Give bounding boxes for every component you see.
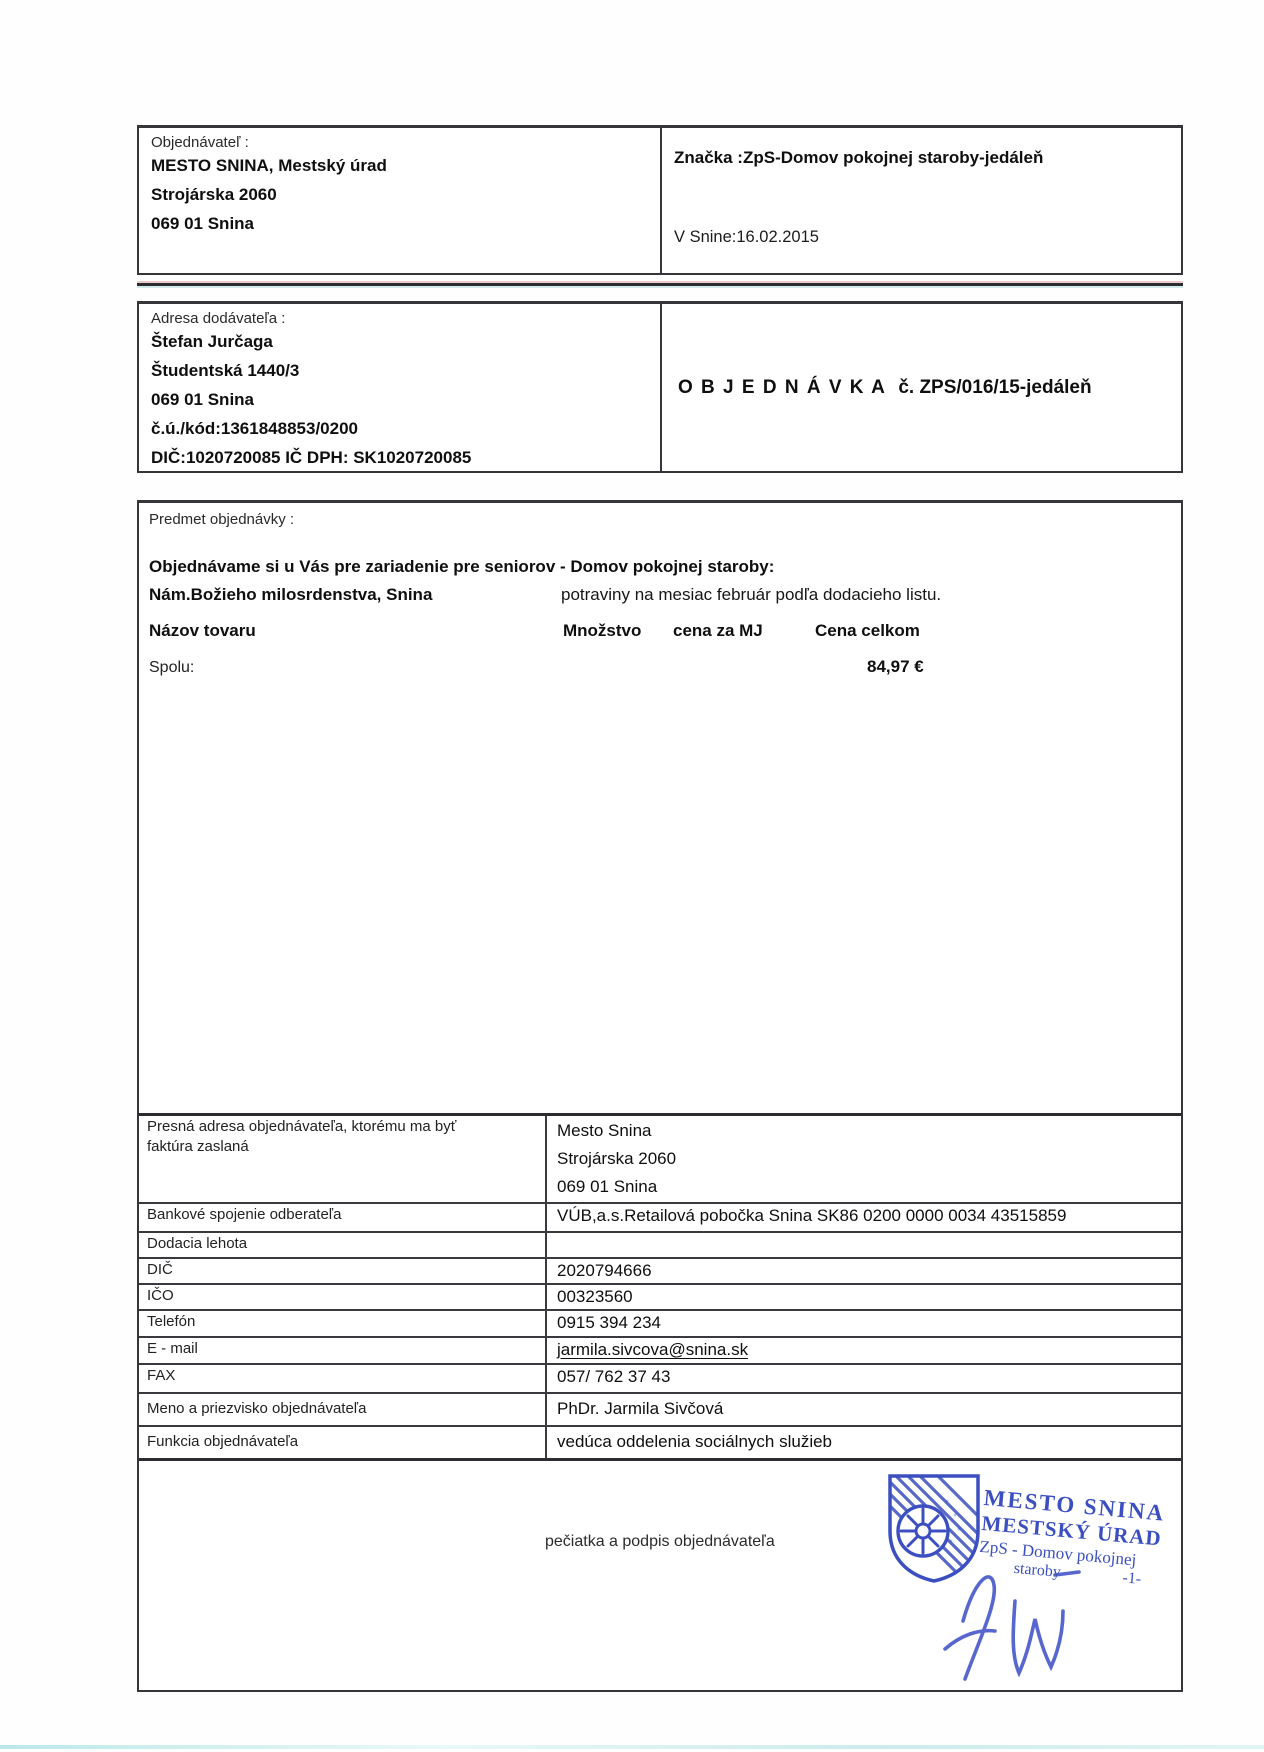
table-row: DIČ 2020794666 xyxy=(139,1259,1181,1285)
table-row: Telefón 0915 394 234 xyxy=(139,1311,1181,1338)
subject-address-row: Nám.Božieho milosrdenstva, Snina potravi… xyxy=(149,585,941,605)
reference-number: Značka :ZpS-Domov pokojnej staroby-jedál… xyxy=(674,148,1169,168)
row-value: PhDr. Jarmila Sivčová xyxy=(547,1394,1181,1425)
reference-cell: Značka :ZpS-Domov pokojnej staroby-jedál… xyxy=(662,128,1181,273)
supplier-street: Študentská 1440/3 xyxy=(151,356,648,385)
orderer-city: 069 01 Snina xyxy=(151,209,648,238)
stamp-caption: pečiatka a podpis objednávateľa xyxy=(545,1533,775,1551)
row-label: Telefón xyxy=(139,1311,547,1336)
stamp-signature-box: pečiatka a podpis objednávateľa xyxy=(137,1461,1183,1692)
row-value: 00323560 xyxy=(547,1285,1181,1309)
section-divider-rule xyxy=(137,283,1183,286)
row-value: Mesto Snina Strojárska 2060 069 01 Snina xyxy=(547,1116,1181,1202)
order-title: O B J E D N Á V K A xyxy=(678,377,886,399)
table-row: Funkcia objednávateľa vedúca oddelenia s… xyxy=(139,1427,1181,1461)
table-row: IČO 00323560 xyxy=(139,1285,1181,1311)
row-value: 057/ 762 37 43 xyxy=(547,1365,1181,1392)
column-header-unit-price: cena za MJ xyxy=(673,621,763,641)
stamp-page-marker: -1- xyxy=(1122,1569,1142,1589)
row-value: 2020794666 xyxy=(547,1259,1181,1283)
email-address: jarmila.sivcova@snina.sk xyxy=(557,1340,748,1359)
row-label: Presná adresa objednávateľa, ktorému ma … xyxy=(139,1116,547,1202)
row-value: VÚB,a.s.Retailová pobočka Snina SK86 020… xyxy=(547,1204,1181,1231)
total-label: Spolu: xyxy=(149,659,194,677)
subject-address: Nám.Božieho milosrdenstva, Snina xyxy=(149,585,561,605)
order-number: č. ZPS/016/15-jedáleň xyxy=(898,377,1091,399)
column-header-quantity: Množstvo xyxy=(563,621,641,641)
handwritten-signature xyxy=(927,1557,1097,1689)
row-label: Meno a priezvisko objednávateľa xyxy=(139,1394,547,1425)
subject-intro-line: Objednávame si u Vás pre zariadenie pre … xyxy=(149,557,774,577)
table-row: Dodacia lehota xyxy=(139,1233,1181,1259)
supplier-box: Adresa dodávateľa : Štefan Jurčaga Štude… xyxy=(137,301,1183,473)
orderer-label: Objednávateľ : xyxy=(151,134,648,151)
supplier-label: Adresa dodávateľa : xyxy=(151,310,648,327)
orderer-street: Strojárska 2060 xyxy=(151,180,648,209)
row-value email-value: jarmila.sivcova@snina.sk xyxy=(547,1338,1181,1363)
order-number-cell: O B J E D N Á V K A č. ZPS/016/15-jedále… xyxy=(662,304,1181,471)
total-value: 84,97 € xyxy=(867,657,924,677)
row-label: IČO xyxy=(139,1285,547,1309)
row-value xyxy=(547,1233,1181,1257)
orderer-box: Objednávateľ : MESTO SNINA, Mestský úrad… xyxy=(137,125,1183,275)
table-row: Presná adresa objednávateľa, ktorému ma … xyxy=(139,1116,1181,1204)
subject-details: potraviny na mesiac február podľa dodaci… xyxy=(561,585,941,605)
order-subject-box: Predmet objednávky : Objednávame si u Vá… xyxy=(137,500,1183,1113)
orderer-details-table: Presná adresa objednávateľa, ktorému ma … xyxy=(137,1113,1183,1461)
row-value: 0915 394 234 xyxy=(547,1311,1181,1336)
supplier-account: č.ú./kód:1361848853/0200 xyxy=(151,414,648,443)
orderer-name: MESTO SNINA, Mestský úrad xyxy=(151,151,648,180)
column-header-item: Názov tovaru xyxy=(149,621,256,641)
row-label: DIČ xyxy=(139,1259,547,1283)
place-and-date: V Snine:16.02.2015 xyxy=(674,228,819,247)
supplier-city: 069 01 Snina xyxy=(151,385,648,414)
supplier-address-cell: Adresa dodávateľa : Štefan Jurčaga Štude… xyxy=(139,304,662,471)
supplier-tax-ids: DIČ:1020720085 IČ DPH: SK1020720085 xyxy=(151,443,648,472)
table-row: FAX 057/ 762 37 43 xyxy=(139,1365,1181,1394)
subject-label: Predmet objednávky : xyxy=(149,511,294,528)
row-value: vedúca oddelenia sociálnych služieb xyxy=(547,1427,1181,1458)
column-header-total: Cena celkom xyxy=(815,621,920,641)
table-row: Bankové spojenie odberateľa VÚB,a.s.Reta… xyxy=(139,1204,1181,1233)
order-heading: O B J E D N Á V K A č. ZPS/016/15-jedále… xyxy=(674,310,1169,465)
table-row: E - mail jarmila.sivcova@snina.sk xyxy=(139,1338,1181,1365)
table-row: Meno a priezvisko objednávateľa PhDr. Ja… xyxy=(139,1394,1181,1427)
row-label: Bankové spojenie odberateľa xyxy=(139,1204,547,1231)
orderer-address-cell: Objednávateľ : MESTO SNINA, Mestský úrad… xyxy=(139,128,662,273)
row-label: E - mail xyxy=(139,1338,547,1363)
row-label: Dodacia lehota xyxy=(139,1233,547,1257)
scan-edge-artifact xyxy=(0,1745,1264,1749)
row-label: FAX xyxy=(139,1365,547,1392)
row-label: Funkcia objednávateľa xyxy=(139,1427,547,1458)
supplier-name: Štefan Jurčaga xyxy=(151,327,648,356)
scanned-order-document: Objednávateľ : MESTO SNINA, Mestský úrad… xyxy=(0,0,1264,1752)
